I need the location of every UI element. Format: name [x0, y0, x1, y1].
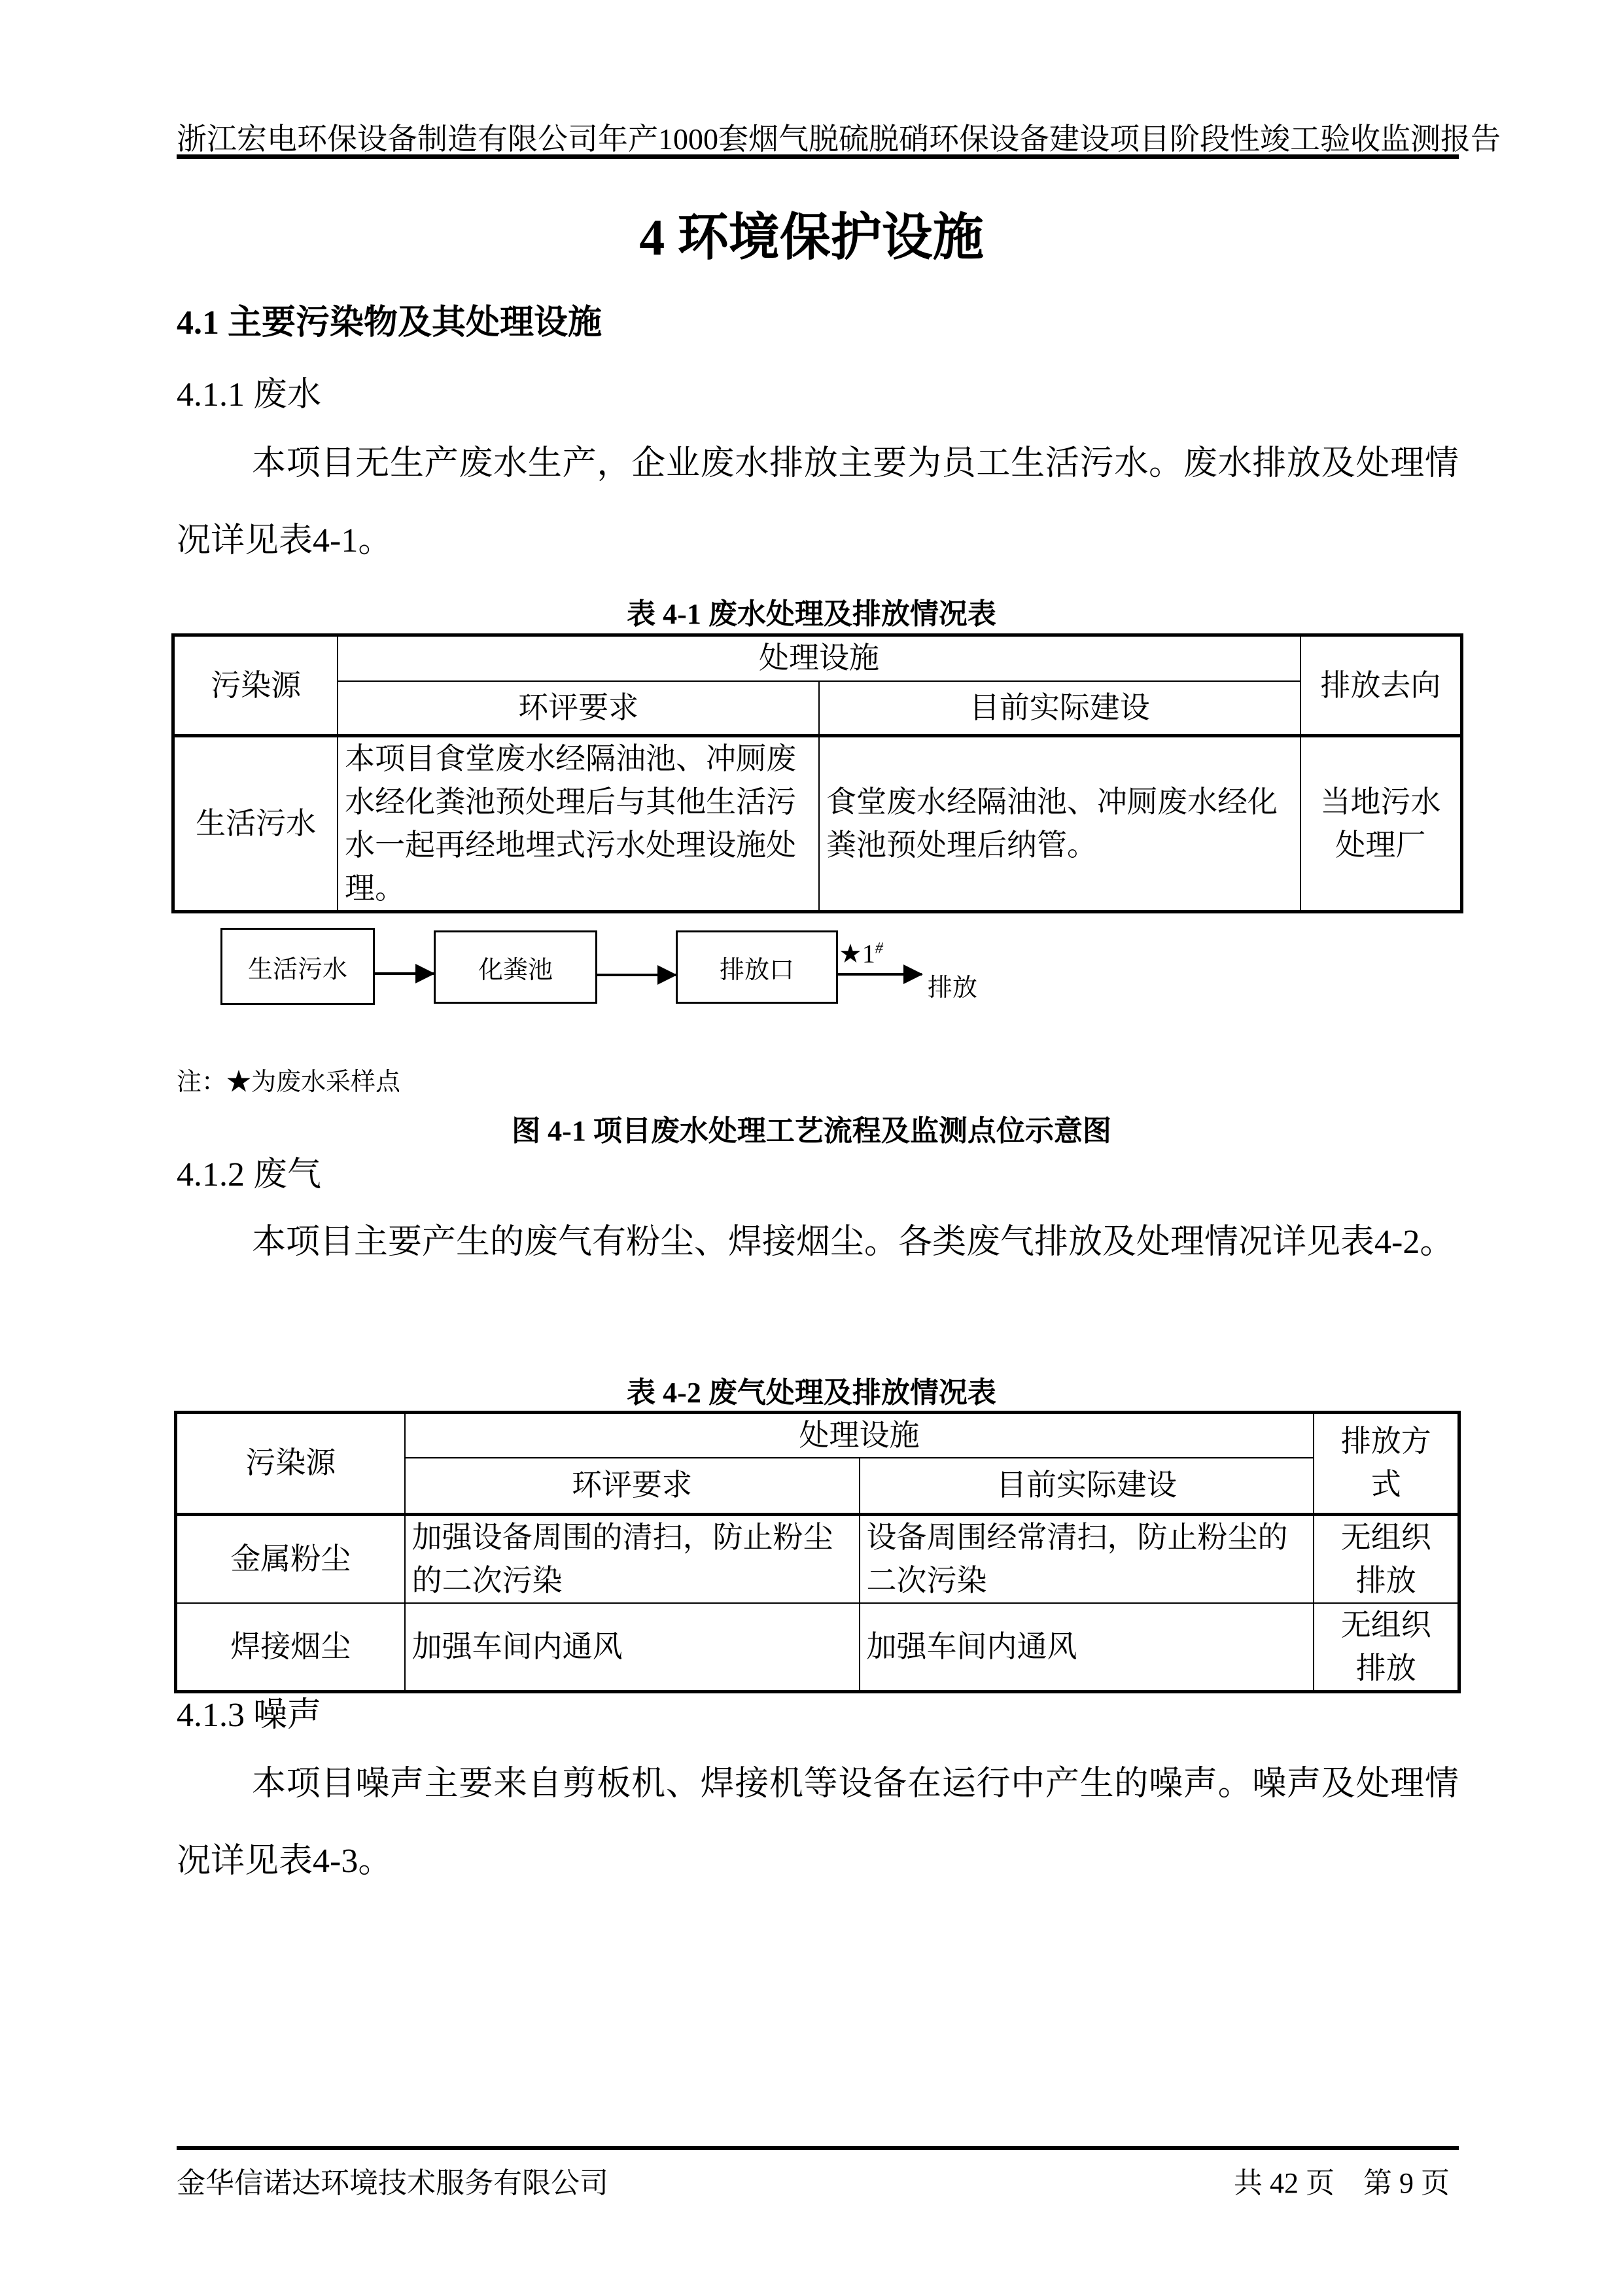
- noise-heading: 4.1.3 噪声: [177, 1687, 321, 1736]
- cell-requirement: 本项目食堂废水经隔油池、冲厕废水经化粪池预处理后与其他生活污水一起再经地埋式污水…: [338, 736, 819, 912]
- wastewater-heading: 4.1.1 废水: [177, 366, 321, 415]
- exhaust-table: 污染源 处理设施 排放方式 环评要求 目前实际建设 金属粉尘 加强设备周围的清扫…: [174, 1411, 1461, 1693]
- exhaust-paragraph: 本项目主要产生的废气有粉尘、焊接烟尘。各类废气排放及处理情况详见表4-2。: [177, 1204, 1459, 1281]
- wastewater-table: 污染源 处理设施 排放去向 环评要求 目前实际建设 生活污水 本项目食堂废水经隔…: [171, 633, 1463, 913]
- arrow-icon: [375, 972, 434, 975]
- header-source: 污染源: [176, 1413, 405, 1515]
- sampling-point-marker: ★1#: [839, 938, 883, 969]
- footer-rule: [177, 2146, 1459, 2150]
- header-destination: 排放去向: [1300, 635, 1462, 736]
- exhaust-heading: 4.1.2 废气: [177, 1146, 321, 1195]
- flow-box-septic-tank: 化粪池: [434, 930, 597, 1004]
- figure-note: 注：★为废水采样点: [177, 1061, 400, 1097]
- footer-page-number: 共 42 页 第 9 页: [1234, 2159, 1450, 2201]
- table-row: 生活污水 本项目食堂废水经隔油池、冲厕废水经化粪池预处理后与其他生活污水一起再经…: [173, 736, 1462, 912]
- noise-paragraph: 本项目噪声主要来自剪板机、焊接机等设备在运行中产生的噪声。噪声及处理情况详见表4…: [177, 1746, 1459, 1900]
- header-actual: 目前实际建设: [860, 1458, 1314, 1514]
- cell-mode: 无组织排放: [1314, 1514, 1459, 1603]
- cell-actual: 加强车间内通风: [860, 1603, 1314, 1692]
- wastewater-paragraph: 本项目无生产废水生产，企业废水排放主要为员工生活污水。废水排放及处理情况详见表4…: [177, 425, 1459, 580]
- section-title: 4.1 主要污染物及其处理设施: [177, 294, 602, 344]
- cell-source: 焊接烟尘: [176, 1603, 405, 1692]
- cell-requirement: 加强设备周围的清扫，防止粉尘的二次污染: [405, 1514, 860, 1603]
- table-4-2-caption: 表 4-2 废气处理及排放情况表: [0, 1369, 1623, 1411]
- cell-actual: 食堂废水经隔油池、冲厕废水经化粪池预处理后纳管。: [819, 736, 1300, 912]
- header-requirement: 环评要求: [405, 1458, 860, 1514]
- header-facility: 处理设施: [338, 635, 1300, 681]
- header-rule: [177, 154, 1459, 159]
- table-row: 金属粉尘 加强设备周围的清扫，防止粉尘的二次污染 设备周围经常清扫，防止粉尘的二…: [176, 1514, 1459, 1603]
- flow-box-outlet: 排放口: [676, 930, 838, 1004]
- figure-4-1-caption: 图 4-1 项目废水处理工艺流程及监测点位示意图: [0, 1107, 1623, 1149]
- flow-end-discharge: 排放: [928, 967, 977, 1003]
- header-requirement: 环评要求: [338, 681, 819, 736]
- arrow-icon: [597, 974, 676, 976]
- table-row: 焊接烟尘 加强车间内通风 加强车间内通风 无组织排放: [176, 1603, 1459, 1692]
- running-header: 浙江宏电环保设备制造有限公司年产1000套烟气脱硫脱硝环保设备建设项目阶段性竣工…: [177, 115, 1459, 158]
- chapter-title: 4 环境保护设施: [0, 196, 1623, 270]
- cell-destination: 当地污水处理厂: [1300, 736, 1462, 912]
- header-facility: 处理设施: [405, 1413, 1314, 1458]
- cell-source: 生活污水: [173, 736, 338, 912]
- footer-company: 金华信诺达环境技术服务有限公司: [177, 2159, 608, 2201]
- header-mode: 排放方式: [1314, 1413, 1459, 1515]
- flow-box-domestic-sewage: 生活污水: [220, 928, 375, 1005]
- cell-source: 金属粉尘: [176, 1514, 405, 1603]
- header-source: 污染源: [173, 635, 338, 736]
- header-actual: 目前实际建设: [819, 681, 1300, 736]
- cell-requirement: 加强车间内通风: [405, 1603, 860, 1692]
- cell-mode: 无组织排放: [1314, 1603, 1459, 1692]
- table-4-1-caption: 表 4-1 废水处理及排放情况表: [0, 590, 1623, 632]
- cell-actual: 设备周围经常清扫，防止粉尘的二次污染: [860, 1514, 1314, 1603]
- arrow-icon: [838, 973, 922, 976]
